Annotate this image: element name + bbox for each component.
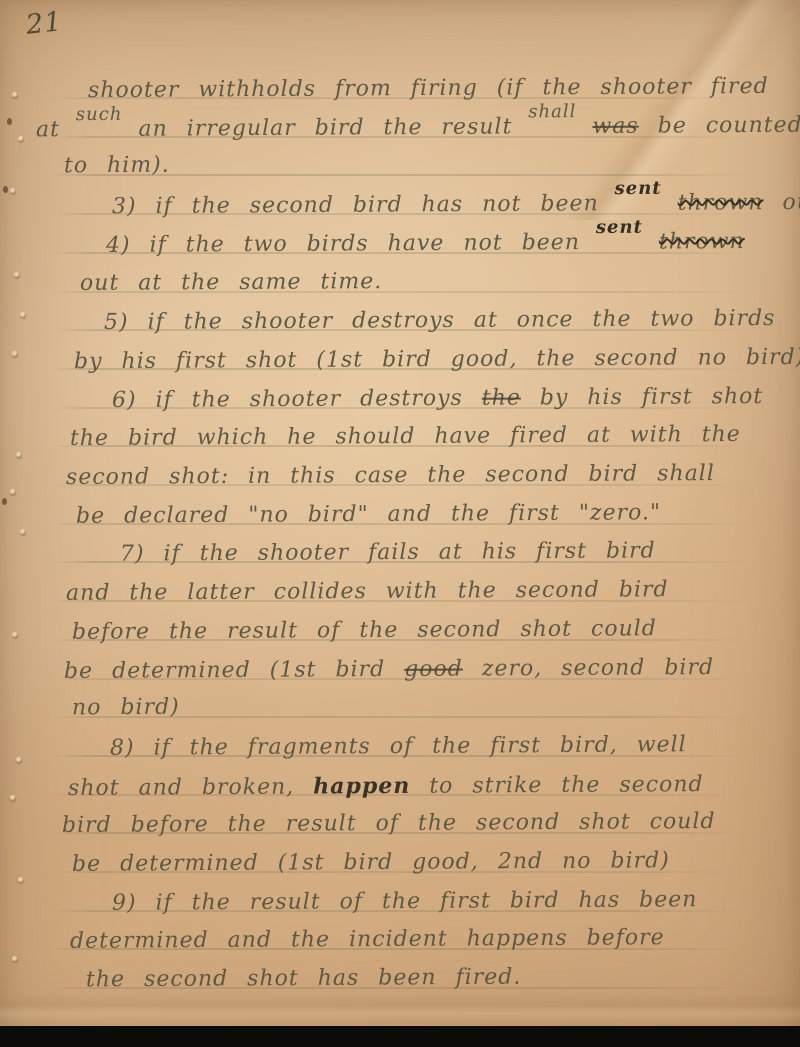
text-segment: second shot: in this case the second bir… (66, 461, 715, 490)
paper-speck (2, 498, 7, 505)
binding-hole (18, 877, 24, 883)
struck-word: thrown (659, 229, 745, 255)
struck-word: was (592, 113, 638, 138)
handwritten-line: no bird) (72, 695, 180, 721)
text-segment: 5) if the shooter destroys at once the t… (104, 306, 776, 335)
handwritten-line: second shot: in this case the second bir… (66, 461, 715, 490)
binding-hole (12, 92, 18, 98)
binding-hole (10, 795, 16, 801)
binding-hole (12, 351, 18, 357)
handwritten-line: bird before the result of the second sho… (62, 809, 716, 838)
binding-hole (16, 757, 22, 763)
struck-word: good (404, 656, 463, 681)
paper-speck (3, 186, 8, 193)
handwritten-line: by his first shot (1st bird good, the se… (74, 345, 800, 375)
text-segment: be determined (1st bird good, 2nd no bir… (72, 848, 670, 877)
text-segment: 6) if the shooter destroys (112, 385, 463, 412)
text-segment: to strike the second (429, 772, 703, 799)
handwritten-line: to him). (64, 153, 170, 179)
text-segment: bird before the result of the second sho… (62, 809, 716, 838)
handwritten-line: be declared "no bird" and the first "zer… (76, 500, 661, 529)
handwritten-line: 7) if the shooter fails at his first bir… (120, 539, 656, 567)
handwritten-line: the second shot has been fired. (86, 965, 521, 993)
handwritten-line: 3) if the second bird has not been sent … (112, 190, 800, 219)
binding-hole (14, 272, 20, 278)
text-segment: the second shot has been fired. (86, 965, 521, 993)
text-segment: 9) if the result of the first bird has b… (112, 887, 698, 916)
text-segment: before the result of the second shot cou… (72, 616, 657, 645)
binding-hole (18, 136, 24, 142)
inserted-word: such (76, 104, 123, 125)
paper-speck (7, 118, 12, 125)
text-segment: by his first shot (1st bird good, the se… (74, 345, 800, 375)
handwritten-line: be determined (1st bird good, 2nd no bir… (72, 848, 670, 877)
handwritten-line: 6) if the shooter destroys the by his fi… (112, 384, 763, 413)
text-segment: no bird) (72, 695, 180, 721)
handwritten-line: be determined (1st bird good zero, secon… (64, 655, 714, 684)
binding-hole (20, 529, 26, 535)
text-segment: determined and the incident happens befo… (70, 926, 665, 955)
page-number: 21 (24, 6, 63, 41)
text-segment: be determined (1st bird (64, 657, 385, 684)
text-segment: at (36, 117, 60, 142)
binding-hole (20, 312, 26, 318)
text-segment: 3) if the second bird has not been (112, 191, 599, 219)
text-segment: be declared "no bird" and the first "zer… (76, 500, 661, 529)
text-segment: shot and broken, (68, 774, 294, 800)
handwritten-line: the bird which he should have fired at w… (70, 422, 741, 451)
text-segment: to him). (64, 153, 170, 179)
handwritten-line: shot and broken, happen to strike the se… (68, 771, 704, 801)
handwritten-line: determined and the incident happens befo… (70, 926, 665, 955)
handwritten-line: before the result of the second shot cou… (72, 616, 657, 645)
handwritten-line: shooter withholds from firing (if the sh… (88, 74, 769, 103)
struck-word: thrown (678, 190, 764, 216)
text-segment: an irregular bird the result (138, 114, 512, 141)
text-segment: shooter withholds from firing (if the sh… (88, 74, 769, 103)
binding-hole (12, 956, 18, 962)
handwritten-line: 4) if the two birds have not been sent t… (106, 229, 745, 258)
handwritten-line: at such an irregular bird the result sha… (36, 112, 800, 142)
text-segment: out. (782, 190, 800, 215)
binding-hole (10, 489, 16, 495)
handwritten-line: and the latter collides with the second … (66, 577, 669, 606)
inserted-word: sent (615, 178, 662, 199)
text-segment: 7) if the shooter fails at his first bir… (120, 539, 656, 567)
handwritten-line: out at the same time. (80, 269, 382, 296)
binding-hole (16, 452, 22, 458)
text-segment: by his first shot (540, 384, 764, 410)
text-segment: out at the same time. (80, 269, 382, 296)
handwritten-line: 5) if the shooter destroys at once the t… (104, 306, 776, 335)
handwritten-line: 9) if the result of the first bird has b… (112, 887, 698, 916)
text-segment: be counted (658, 112, 800, 138)
scan-edge-strip (0, 1026, 800, 1047)
scanned-notebook-page: 21 shooter withholds from firing (if the… (0, 0, 800, 1047)
handwritten-line: 8) if the fragments of the first bird, w… (110, 732, 687, 761)
struck-word: the (482, 385, 521, 410)
text-segment: 4) if the two birds have not been (106, 230, 580, 258)
text-segment: 8) if the fragments of the first bird, w… (110, 732, 687, 761)
dark-ink-word: happen (313, 772, 410, 799)
inserted-word: shall (528, 101, 576, 122)
inserted-word: sent (596, 216, 643, 237)
binding-hole (10, 188, 16, 194)
text-segment: the bird which he should have fired at w… (70, 422, 741, 451)
text-segment: zero, second bird (482, 655, 714, 681)
binding-hole (12, 632, 18, 638)
text-segment: and the latter collides with the second … (66, 577, 669, 606)
